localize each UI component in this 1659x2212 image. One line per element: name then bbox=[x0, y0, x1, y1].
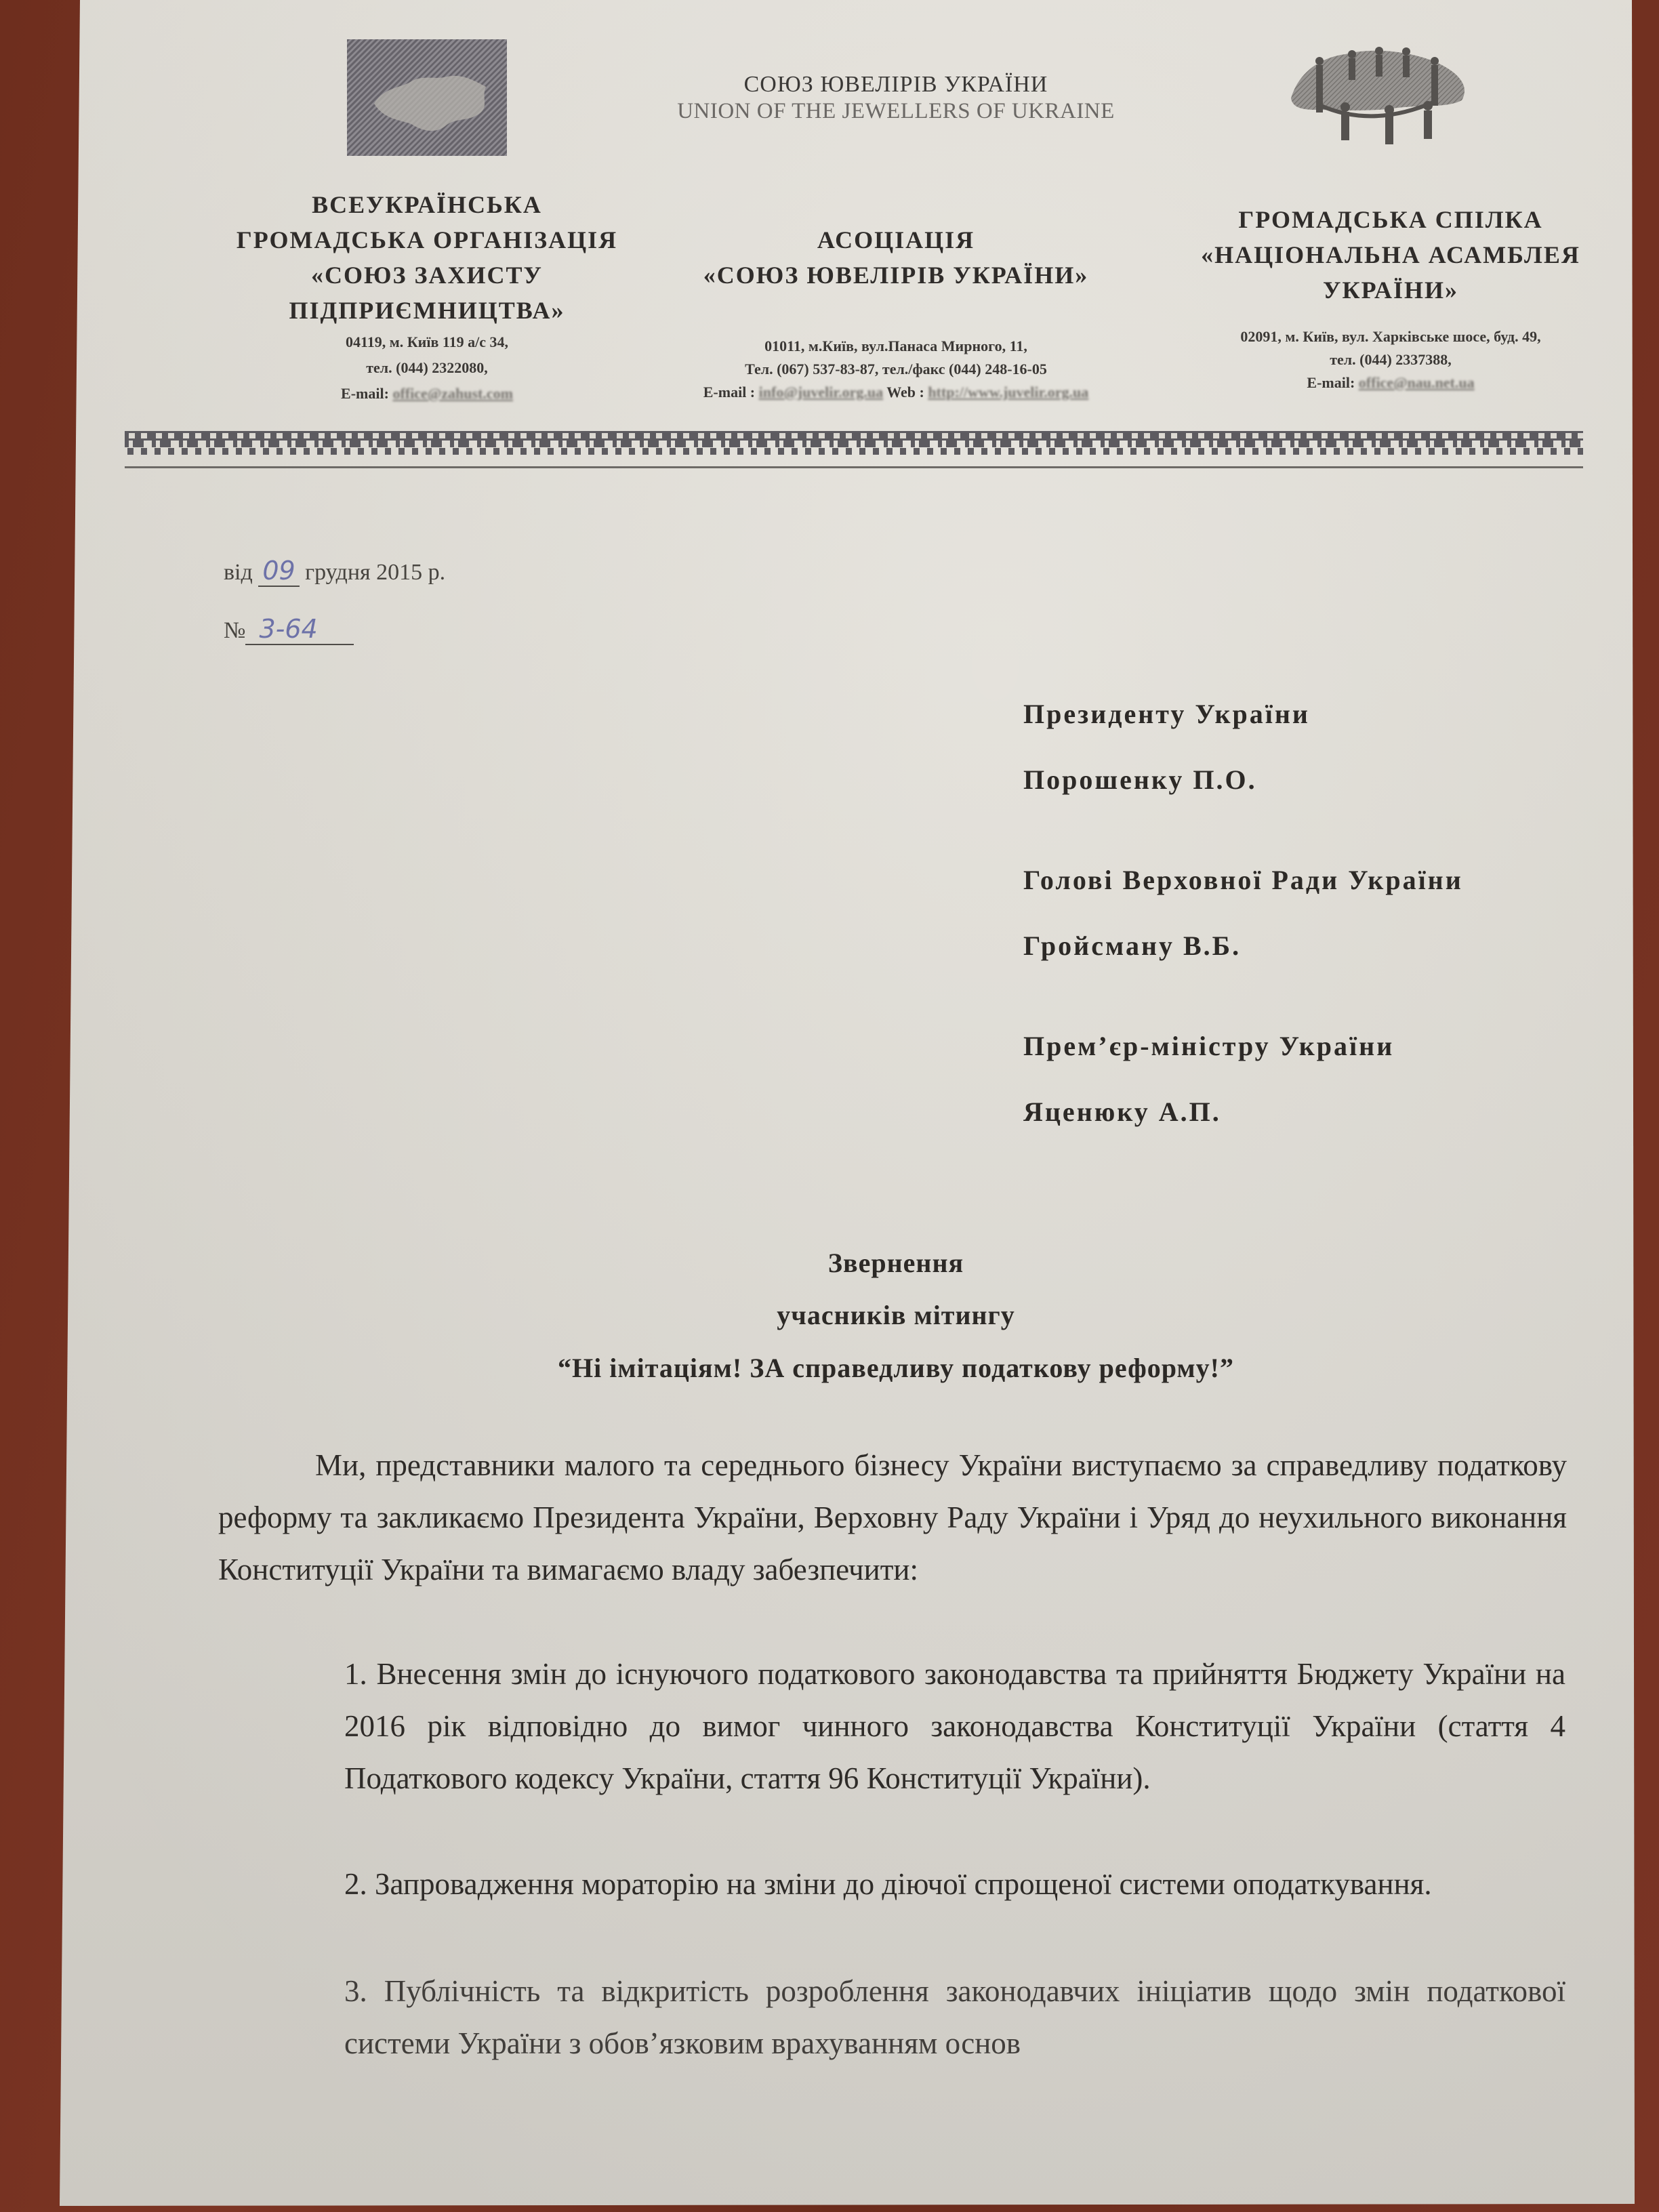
addressee-2-title: Голові Верховної Ради України bbox=[1023, 864, 1463, 896]
addressee-1-title: Президенту України bbox=[1023, 698, 1310, 730]
org-right-title-1: ГРОМАДСЬКА СПІЛКА bbox=[1201, 202, 1580, 237]
email-label: E-mail: bbox=[341, 385, 389, 402]
letterhead-divider bbox=[125, 466, 1583, 468]
appeal-title: Звернення bbox=[828, 1247, 964, 1279]
map-logo-icon bbox=[347, 39, 507, 156]
org-center-address: 01011, м.Київ, вул.Панаса Мирного, 11, bbox=[703, 335, 1088, 358]
body-intro-paragraph: Ми, представники малого та середнього бі… bbox=[218, 1439, 1567, 1596]
union-name-ua: СОЮЗ ЮВЕЛІРІВ УКРАЇНИ bbox=[744, 72, 1048, 98]
date-suffix: грудня 2015 р. bbox=[305, 560, 445, 585]
org-center-phone: Тел. (067) 537-83-87, тел./факс (044) 24… bbox=[703, 358, 1088, 381]
org-center-contacts-row: E-mail : info@juvelir.org.ua Web : http:… bbox=[703, 381, 1088, 404]
web-label: Web : bbox=[886, 384, 924, 401]
document-date: від 09 грудня 2015 р. bbox=[224, 556, 445, 587]
email-link[interactable]: info@juvelir.org.ua bbox=[759, 384, 883, 401]
org-right-email-row: E-mail: office@nau.net.ua bbox=[1201, 371, 1580, 394]
org-left-title-2: ГРОМАДСЬКА ОРГАНІЗАЦІЯ bbox=[237, 222, 617, 258]
addressee-1-name: Порошенку П.О. bbox=[1023, 764, 1257, 796]
document-number: №3-64 bbox=[224, 614, 354, 645]
appeal-subtitle: учасників мітингу bbox=[777, 1299, 1015, 1331]
demand-item-3: 3. Публічність та відкритість розробленн… bbox=[344, 1965, 1565, 2070]
email-label: E-mail : bbox=[703, 384, 755, 401]
union-name-en: UNION OF THE JEWELLERS OF UKRAINE bbox=[677, 99, 1115, 124]
org-right-title-3: УКРАЇНИ» bbox=[1201, 272, 1580, 308]
people-circle-logo-icon bbox=[1277, 34, 1474, 149]
org-center-title-2: «СОЮЗ ЮВЕЛІРІВ УКРАЇНИ» bbox=[703, 258, 1088, 293]
org-left-title-1: ВСЕУКРАЇНСЬКА bbox=[237, 187, 617, 222]
org-left-title-3: «СОЮЗ ЗАХИСТУ bbox=[237, 258, 617, 293]
addressee-3-name: Яценюку А.П. bbox=[1023, 1096, 1221, 1128]
org-left-title-4: ПІДПРИЄМНИЦТВА» bbox=[237, 293, 617, 328]
date-day-handwritten: 09 bbox=[258, 556, 299, 587]
org-center: АСОЦІАЦІЯ «СОЮЗ ЮВЕЛІРІВ УКРАЇНИ» 01011,… bbox=[703, 222, 1088, 404]
number-prefix: № bbox=[224, 618, 245, 643]
date-prefix: від bbox=[224, 560, 253, 585]
org-right-phone: тел. (044) 2337388, bbox=[1201, 348, 1580, 371]
org-left-address: 04119, м. Київ 119 а/с 34, bbox=[237, 331, 617, 354]
org-left: ВСЕУКРАЇНСЬКА ГРОМАДСЬКА ОРГАНІЗАЦІЯ «СО… bbox=[237, 187, 617, 405]
appeal-slogan: “Ні імітаціям! ЗА справедливу податкову … bbox=[558, 1352, 1234, 1384]
number-handwritten: 3-64 bbox=[245, 614, 354, 645]
email-link[interactable]: office@nau.net.ua bbox=[1359, 374, 1475, 391]
web-link[interactable]: http://www.juvelir.org.ua bbox=[928, 384, 1088, 401]
org-right: ГРОМАДСЬКА СПІЛКА «НАЦІОНАЛЬНА АСАМБЛЕЯ … bbox=[1201, 202, 1580, 394]
email-link[interactable]: office@zahust.com bbox=[392, 385, 512, 402]
email-label: E-mail: bbox=[1307, 374, 1355, 391]
org-left-phone: тел. (044) 2322080, bbox=[237, 356, 617, 380]
addressee-2-name: Гройсману В.Б. bbox=[1023, 930, 1241, 962]
org-right-title-2: «НАЦІОНАЛЬНА АСАМБЛЕЯ bbox=[1201, 237, 1580, 272]
embroidery-ornament-band bbox=[125, 430, 1583, 457]
addressee-3-title: Прем’єр-міністру України bbox=[1023, 1030, 1394, 1062]
demand-item-1: 1. Внесення змін до існуючого податковог… bbox=[344, 1648, 1565, 1805]
demand-item-2: 2. Запровадження мораторію на зміни до д… bbox=[344, 1858, 1565, 1910]
org-left-email-row: E-mail: office@zahust.com bbox=[237, 382, 617, 405]
org-right-address: 02091, м. Київ, вул. Харківське шосе, бу… bbox=[1201, 325, 1580, 348]
org-center-title-1: АСОЦІАЦІЯ bbox=[703, 222, 1088, 258]
